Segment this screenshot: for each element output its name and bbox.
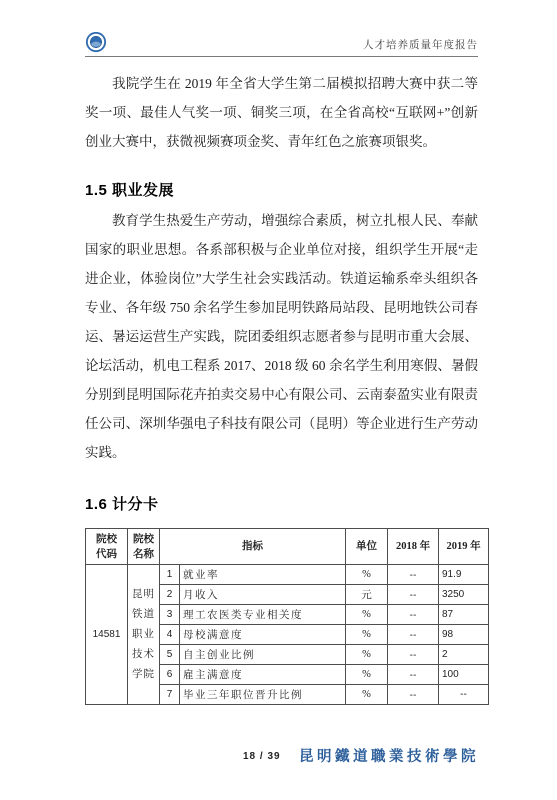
col-header-indicator: 指标	[160, 529, 346, 565]
col-header-college-code: 院校 代码	[86, 529, 128, 565]
table-row: 14581 昆明 铁道 职业 技术 学院 1 就业率 % -- 91.9	[86, 565, 489, 585]
table-header-row: 院校 代码 院校 名称 指标 单位 2018 年 2019 年	[86, 529, 489, 565]
row-unit: %	[346, 565, 388, 585]
row-2019-value: --	[439, 685, 489, 705]
row-num: 2	[160, 585, 180, 605]
row-2019-value: 87	[439, 605, 489, 625]
row-2018-value: --	[388, 645, 439, 665]
row-num: 6	[160, 665, 180, 685]
col-header-2018: 2018 年	[388, 529, 439, 565]
row-num: 4	[160, 625, 180, 645]
scorecard-table: 院校 代码 院校 名称 指标 单位 2018 年 2019 年 14581 昆明…	[85, 528, 489, 705]
row-2019-value: 3250	[439, 585, 489, 605]
page-header: 人才培养质量年度报告	[85, 31, 478, 57]
row-indicator: 毕业三年职位晋升比例	[180, 685, 346, 705]
row-unit: %	[346, 605, 388, 625]
row-indicator: 自主创业比例	[180, 645, 346, 665]
row-2018-value: --	[388, 625, 439, 645]
row-2019-value: 91.9	[439, 565, 489, 585]
row-2019-value: 100	[439, 665, 489, 685]
school-logo-icon	[85, 31, 107, 53]
footer-school-name: 昆明鐵道職業技術學院	[299, 745, 479, 766]
col-header-college-name: 院校 名称	[128, 529, 160, 565]
row-unit: %	[346, 665, 388, 685]
section-heading-1-6: 1.6 计分卡	[85, 493, 488, 514]
row-indicator: 雇主满意度	[180, 665, 346, 685]
col-header-2019: 2019 年	[439, 529, 489, 565]
row-2018-value: --	[388, 665, 439, 685]
row-indicator: 就业率	[180, 565, 346, 585]
row-2018-value: --	[388, 605, 439, 625]
career-development-paragraph: 教育学生热爱生产劳动，增强综合素质，树立扎根人民、奉献国家的职业思想。各系部积极…	[85, 206, 478, 467]
row-num: 3	[160, 605, 180, 625]
row-num: 1	[160, 565, 180, 585]
row-2018-value: --	[388, 685, 439, 705]
college-code-cell: 14581	[86, 565, 128, 705]
section-heading-1-5: 1.5 职业发展	[85, 179, 488, 200]
col-header-unit: 单位	[346, 529, 388, 565]
row-2019-value: 98	[439, 625, 489, 645]
row-unit: 元	[346, 585, 388, 605]
intro-paragraph: 我院学生在 2019 年全省大学生第二届模拟招聘大赛中获二等奖一项、最佳人气奖一…	[85, 69, 478, 156]
row-2018-value: --	[388, 565, 439, 585]
row-unit: %	[346, 685, 388, 705]
row-indicator: 理工农医类专业相关度	[180, 605, 346, 625]
row-num: 7	[160, 685, 180, 705]
row-2019-value: 2	[439, 645, 489, 665]
row-2018-value: --	[388, 585, 439, 605]
page-content: 我院学生在 2019 年全省大学生第二届模拟招聘大赛中获二等奖一项、最佳人气奖一…	[85, 69, 488, 705]
row-num: 5	[160, 645, 180, 665]
college-name-cell: 昆明 铁道 职业 技术 学院	[128, 565, 160, 705]
row-unit: %	[346, 625, 388, 645]
row-unit: %	[346, 645, 388, 665]
header-report-title: 人才培养质量年度报告	[363, 39, 478, 53]
document-page: 人才培养质量年度报告 我院学生在 2019 年全省大学生第二届模拟招聘大赛中获二…	[0, 0, 557, 800]
page-number: 18 / 39	[243, 751, 281, 762]
row-indicator: 母校满意度	[180, 625, 346, 645]
row-indicator: 月收入	[180, 585, 346, 605]
